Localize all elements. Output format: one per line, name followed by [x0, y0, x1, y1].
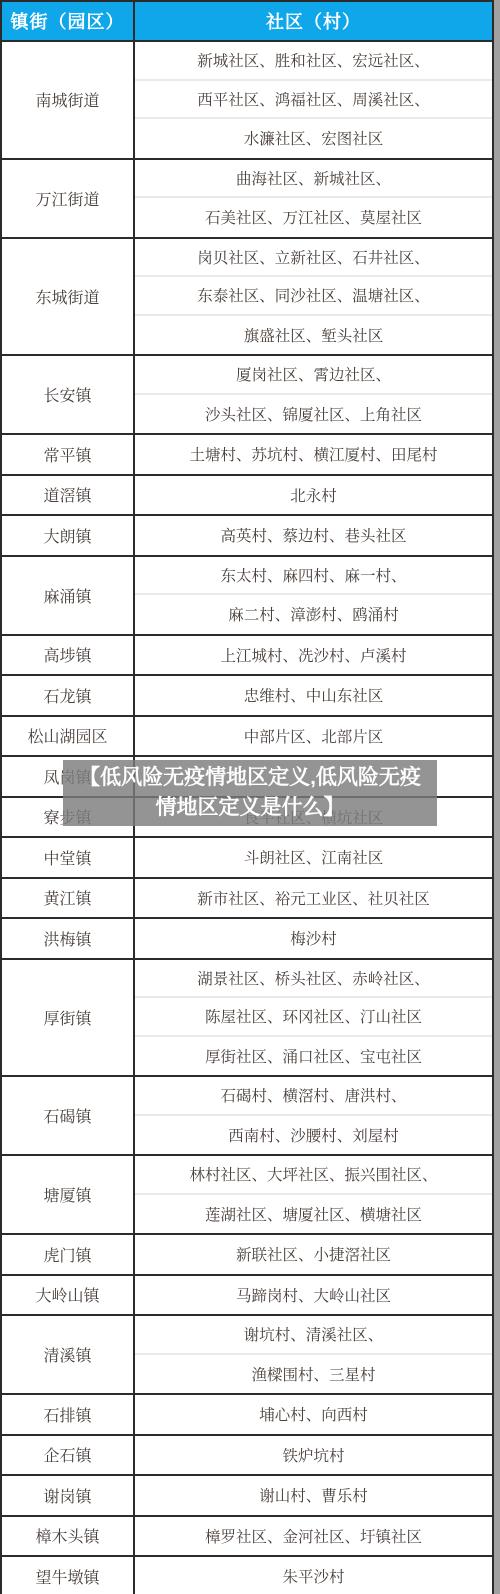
community-cell: 谢山村、曹乐村	[135, 1476, 492, 1515]
town-cell: 松山湖园区	[2, 717, 135, 756]
community-cell: 湖景社区、桥头社区、赤岭社区、陈屋社区、环冈社区、汀山社区厚街社区、涌口社区、宝…	[135, 960, 492, 1076]
table-row: 大岭山镇马蹄岗村、大岭山社区	[2, 1274, 492, 1315]
community-line: 西南村、沙腰村、刘屋村	[135, 1116, 492, 1155]
community-line: 湖景社区、桥头社区、赤岭社区、	[135, 960, 492, 999]
table-header-row: 镇街（园区） 社区（村）	[2, 0, 492, 40]
watermark-text-line: 【低风险无疫情地区定义,低风险无疫	[79, 763, 421, 793]
community-cell: 樟罗社区、金河社区、圩镇社区	[135, 1517, 492, 1556]
community-cell: 斗朗社区、江南社区	[135, 838, 492, 877]
community-line: 岗贝社区、立新社区、石井社区、	[135, 239, 492, 278]
community-line: 朱平沙村	[135, 1557, 492, 1594]
community-cell: 梅沙村	[135, 919, 492, 958]
community-line: 曲海社区、新城社区、	[135, 160, 492, 199]
community-cell: 新联社区、小捷滘社区	[135, 1235, 492, 1274]
town-cell: 中堂镇	[2, 838, 135, 877]
community-line: 莲湖社区、塘厦社区、横塘社区	[135, 1195, 492, 1234]
town-cell: 道滘镇	[2, 476, 135, 515]
community-line: 厚街社区、涌口社区、宝屯社区	[135, 1037, 492, 1076]
community-line: 樟罗社区、金河社区、圩镇社区	[135, 1517, 492, 1556]
table-row: 长安镇厦岗社区、霄边社区、沙头社区、锦厦社区、上角社区	[2, 354, 492, 433]
table-row: 清溪镇谢坑村、清溪社区、渔樑围村、三星村	[2, 1314, 492, 1393]
table-row: 大朗镇高英村、蔡边村、巷头社区	[2, 514, 492, 555]
town-cell: 洪梅镇	[2, 919, 135, 958]
community-line: 北永村	[135, 476, 492, 515]
table-row: 万江街道曲海社区、新城社区、石美社区、万江社区、莫屋社区	[2, 158, 492, 237]
table-row: 谢岗镇谢山村、曹乐村	[2, 1474, 492, 1515]
community-cell: 埔心村、向西村	[135, 1395, 492, 1434]
community-line: 渔樑围村、三星村	[135, 1355, 492, 1394]
community-line: 新城社区、胜和社区、宏远社区、	[135, 42, 492, 81]
community-line: 新市社区、裕元工业区、社贝社区	[135, 879, 492, 918]
community-cell: 马蹄岗村、大岭山社区	[135, 1276, 492, 1315]
community-cell: 东太村、麻四村、麻一村、麻二村、漳澎村、鸥涌村	[135, 557, 492, 634]
community-cell: 石碣村、横滘村、唐洪村、西南村、沙腰村、刘屋村	[135, 1077, 492, 1154]
table-row: 樟木头镇樟罗社区、金河社区、圩镇社区	[2, 1515, 492, 1556]
town-cell: 虎门镇	[2, 1235, 135, 1274]
community-cell: 岗贝社区、立新社区、石井社区、东泰社区、同沙社区、温塘社区、旗盛社区、堑头社区	[135, 239, 492, 355]
watermark-text-line: 情地区定义是什么】	[156, 793, 345, 823]
header-community-column: 社区（村）	[135, 2, 492, 40]
table-row: 高埗镇上江城村、冼沙村、卢溪村	[2, 634, 492, 675]
town-cell: 谢岗镇	[2, 1476, 135, 1515]
community-cell: 厦岗社区、霄边社区、沙头社区、锦厦社区、上角社区	[135, 356, 492, 433]
community-line: 上江城村、冼沙村、卢溪村	[135, 636, 492, 675]
community-line: 忠维村、中山东社区	[135, 676, 492, 715]
table-row: 中堂镇斗朗社区、江南社区	[2, 836, 492, 877]
table-row: 黄江镇新市社区、裕元工业区、社贝社区	[2, 877, 492, 918]
town-cell: 企石镇	[2, 1436, 135, 1475]
community-line: 高英村、蔡边村、巷头社区	[135, 516, 492, 555]
community-cell: 曲海社区、新城社区、石美社区、万江社区、莫屋社区	[135, 160, 492, 237]
community-line: 林村社区、大坪社区、振兴围社区、	[135, 1156, 492, 1195]
town-cell: 长安镇	[2, 356, 135, 433]
town-cell: 高埗镇	[2, 636, 135, 675]
town-cell: 望牛墩镇	[2, 1557, 135, 1594]
town-cell: 大朗镇	[2, 516, 135, 555]
community-cell: 新城社区、胜和社区、宏远社区、西平社区、鸿福社区、周溪社区、水濂社区、宏图社区	[135, 42, 492, 158]
community-line: 马蹄岗村、大岭山社区	[135, 1276, 492, 1315]
table-row: 松山湖园区中部片区、北部片区	[2, 715, 492, 756]
town-cell: 石龙镇	[2, 676, 135, 715]
community-cell: 忠维村、中山东社区	[135, 676, 492, 715]
community-cell: 谢坑村、清溪社区、渔樑围村、三星村	[135, 1316, 492, 1393]
table-row: 望牛墩镇朱平沙村	[2, 1555, 492, 1594]
town-cell: 樟木头镇	[2, 1517, 135, 1556]
table-row: 常平镇土塘村、苏坑村、横江厦村、田尾村	[2, 433, 492, 474]
page-background-strip	[494, 0, 500, 1594]
community-cell: 北永村	[135, 476, 492, 515]
table-row: 道滘镇北永村	[2, 474, 492, 515]
community-line: 西平社区、鸿福社区、周溪社区、	[135, 81, 492, 120]
community-cell: 林村社区、大坪社区、振兴围社区、莲湖社区、塘厦社区、横塘社区	[135, 1156, 492, 1233]
community-cell: 土塘村、苏坑村、横江厦村、田尾村	[135, 435, 492, 474]
table-row: 麻涌镇东太村、麻四村、麻一村、麻二村、漳澎村、鸥涌村	[2, 555, 492, 634]
community-line: 谢山村、曹乐村	[135, 1476, 492, 1515]
town-cell: 黄江镇	[2, 879, 135, 918]
community-line: 陈屋社区、环冈社区、汀山社区	[135, 998, 492, 1037]
community-line: 埔心村、向西村	[135, 1395, 492, 1434]
community-line: 石美社区、万江社区、莫屋社区	[135, 198, 492, 237]
community-line: 铁炉坑村	[135, 1436, 492, 1475]
page: 镇街（园区） 社区（村） 南城街道新城社区、胜和社区、宏远社区、西平社区、鸿福社…	[0, 0, 500, 1594]
community-line: 中部片区、北部片区	[135, 717, 492, 756]
table-row: 石碣镇石碣村、横滘村、唐洪村、西南村、沙腰村、刘屋村	[2, 1075, 492, 1154]
table-row: 石排镇埔心村、向西村	[2, 1393, 492, 1434]
table-row: 虎门镇新联社区、小捷滘社区	[2, 1233, 492, 1274]
community-line: 厦岗社区、霄边社区、	[135, 356, 492, 395]
community-line: 石碣村、横滘村、唐洪村、	[135, 1077, 492, 1116]
community-cell: 高英村、蔡边村、巷头社区	[135, 516, 492, 555]
watermark-overlay: 【低风险无疫情地区定义,低风险无疫 情地区定义是什么】	[63, 760, 437, 826]
community-line: 沙头社区、锦厦社区、上角社区	[135, 395, 492, 434]
community-line: 谢坑村、清溪社区、	[135, 1316, 492, 1355]
community-cell: 上江城村、冼沙村、卢溪村	[135, 636, 492, 675]
community-line: 新联社区、小捷滘社区	[135, 1235, 492, 1274]
community-line: 梅沙村	[135, 919, 492, 958]
community-cell: 新市社区、裕元工业区、社贝社区	[135, 879, 492, 918]
community-cell: 铁炉坑村	[135, 1436, 492, 1475]
table-row: 南城街道新城社区、胜和社区、宏远社区、西平社区、鸿福社区、周溪社区、水濂社区、宏…	[2, 40, 492, 158]
town-cell: 常平镇	[2, 435, 135, 474]
header-town-column: 镇街（园区）	[2, 2, 135, 40]
table-row: 厚街镇湖景社区、桥头社区、赤岭社区、陈屋社区、环冈社区、汀山社区厚街社区、涌口社…	[2, 958, 492, 1076]
community-line: 旗盛社区、堑头社区	[135, 316, 492, 355]
community-line: 斗朗社区、江南社区	[135, 838, 492, 877]
town-cell: 万江街道	[2, 160, 135, 237]
town-cell: 南城街道	[2, 42, 135, 158]
town-cell: 清溪镇	[2, 1316, 135, 1393]
community-line: 水濂社区、宏图社区	[135, 119, 492, 158]
community-line: 麻二村、漳澎村、鸥涌村	[135, 595, 492, 634]
town-cell: 石碣镇	[2, 1077, 135, 1154]
community-line: 东太村、麻四村、麻一村、	[135, 557, 492, 596]
table-row: 企石镇铁炉坑村	[2, 1434, 492, 1475]
community-line: 土塘村、苏坑村、横江厦村、田尾村	[135, 435, 492, 474]
table-row: 东城街道岗贝社区、立新社区、石井社区、东泰社区、同沙社区、温塘社区、旗盛社区、堑…	[2, 237, 492, 355]
town-cell: 东城街道	[2, 239, 135, 355]
table-row: 石龙镇忠维村、中山东社区	[2, 674, 492, 715]
town-cell: 厚街镇	[2, 960, 135, 1076]
town-cell: 麻涌镇	[2, 557, 135, 634]
town-cell: 石排镇	[2, 1395, 135, 1434]
table-row: 洪梅镇梅沙村	[2, 917, 492, 958]
town-cell: 大岭山镇	[2, 1276, 135, 1315]
table-row: 塘厦镇林村社区、大坪社区、振兴围社区、莲湖社区、塘厦社区、横塘社区	[2, 1154, 492, 1233]
town-cell: 塘厦镇	[2, 1156, 135, 1233]
community-line: 东泰社区、同沙社区、温塘社区、	[135, 277, 492, 316]
community-cell: 中部片区、北部片区	[135, 717, 492, 756]
community-cell: 朱平沙村	[135, 1557, 492, 1594]
